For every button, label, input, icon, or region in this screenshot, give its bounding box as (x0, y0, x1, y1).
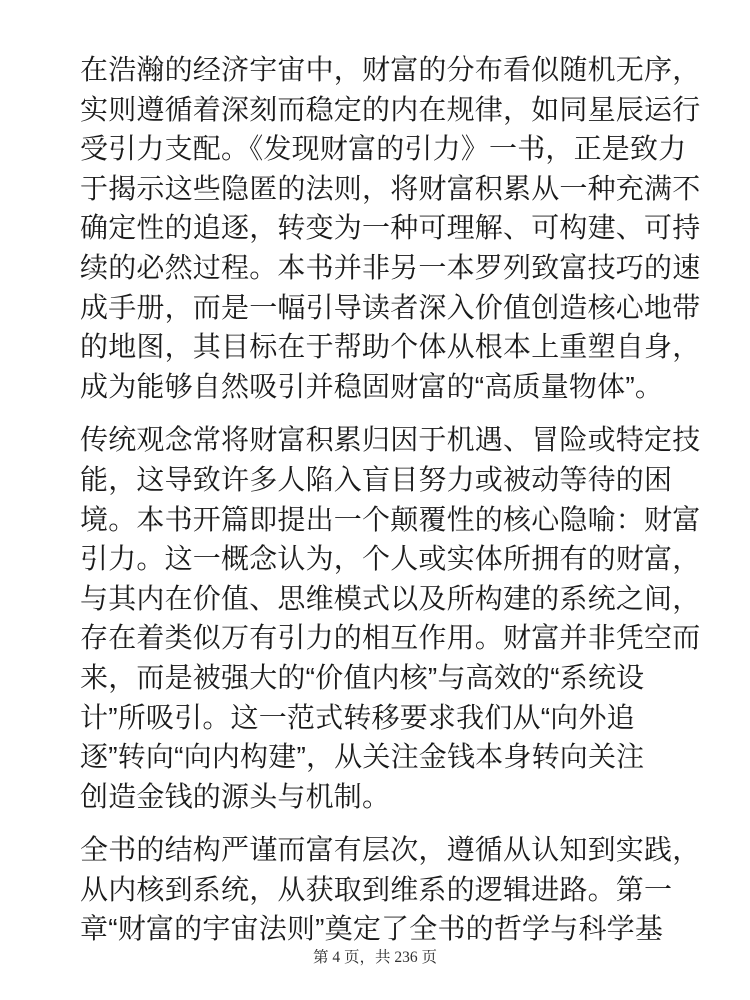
text-line: 续的必然过程。本书并非另一本罗列致富技巧的速 (80, 248, 720, 288)
paragraph-2: 传统观念常将财富积累归因于机遇、冒险或特定技 能，这导致许多人陷入盲目努力或被动… (80, 420, 720, 816)
document-page: 在浩瀚的经济宇宙中，财富的分布看似随机无序， 实则遵循着深刻而稳定的内在规律，如… (0, 0, 750, 1000)
text-line: 能，这导致许多人陷入盲目努力或被动等待的困 (80, 460, 720, 500)
text-line: 存在着类似万有引力的相互作用。财富并非凭空而 (80, 618, 720, 658)
text-line: 受引力支配。《发现财富的引力》一书，正是致力 (80, 129, 720, 169)
text-line: 逐”转向“向内构建”，从关注金钱本身转向关注 (80, 737, 720, 777)
text-line: 来，而是被强大的“价值内核”与高效的“系统设 (80, 658, 720, 698)
text-line: 全书的结构严谨而富有层次，遵循从认知到实践， (80, 830, 720, 870)
paragraph-1: 在浩瀚的经济宇宙中，财富的分布看似随机无序， 实则遵循着深刻而稳定的内在规律，如… (80, 50, 720, 406)
text-line: 实则遵循着深刻而稳定的内在规律，如同星辰运行 (80, 90, 720, 130)
text-line: 成为能够自然吸引并稳固财富的“高质量物体”。 (80, 367, 720, 407)
text-line: 章“财富的宇宙法则”奠定了全书的哲学与科学基 (80, 909, 720, 949)
page-number-footer: 第 4 页，共 236 页 (0, 948, 750, 968)
text-line: 传统观念常将财富积累归因于机遇、冒险或特定技 (80, 420, 720, 460)
text-line: 的地图，其目标在于帮助个体从根本上重塑自身， (80, 327, 720, 367)
paragraph-3: 全书的结构严谨而富有层次，遵循从认知到实践， 从内核到系统，从获取到维系的逻辑进… (80, 830, 720, 949)
text-line: 创造金钱的源头与机制。 (80, 777, 720, 817)
text-line: 于揭示这些隐匿的法则，将财富积累从一种充满不 (80, 169, 720, 209)
text-line: 与其内在价值、思维模式以及所构建的系统之间， (80, 579, 720, 619)
text-line: 境。本书开篇即提出一个颠覆性的核心隐喻：财富 (80, 500, 720, 540)
text-line: 确定性的追逐，转变为一种可理解、可构建、可持 (80, 208, 720, 248)
text-line: 在浩瀚的经济宇宙中，财富的分布看似随机无序， (80, 50, 720, 90)
text-line: 成手册，而是一幅引导读者深入价值创造核心地带 (80, 288, 720, 328)
text-line: 引力。这一概念认为，个人或实体所拥有的财富， (80, 539, 720, 579)
text-line: 计”所吸引。这一范式转移要求我们从“向外追 (80, 698, 720, 738)
text-line: 从内核到系统，从获取到维系的逻辑进路。第一 (80, 870, 720, 910)
page-content: 在浩瀚的经济宇宙中，财富的分布看似随机无序， 实则遵循着深刻而稳定的内在规律，如… (80, 50, 720, 963)
